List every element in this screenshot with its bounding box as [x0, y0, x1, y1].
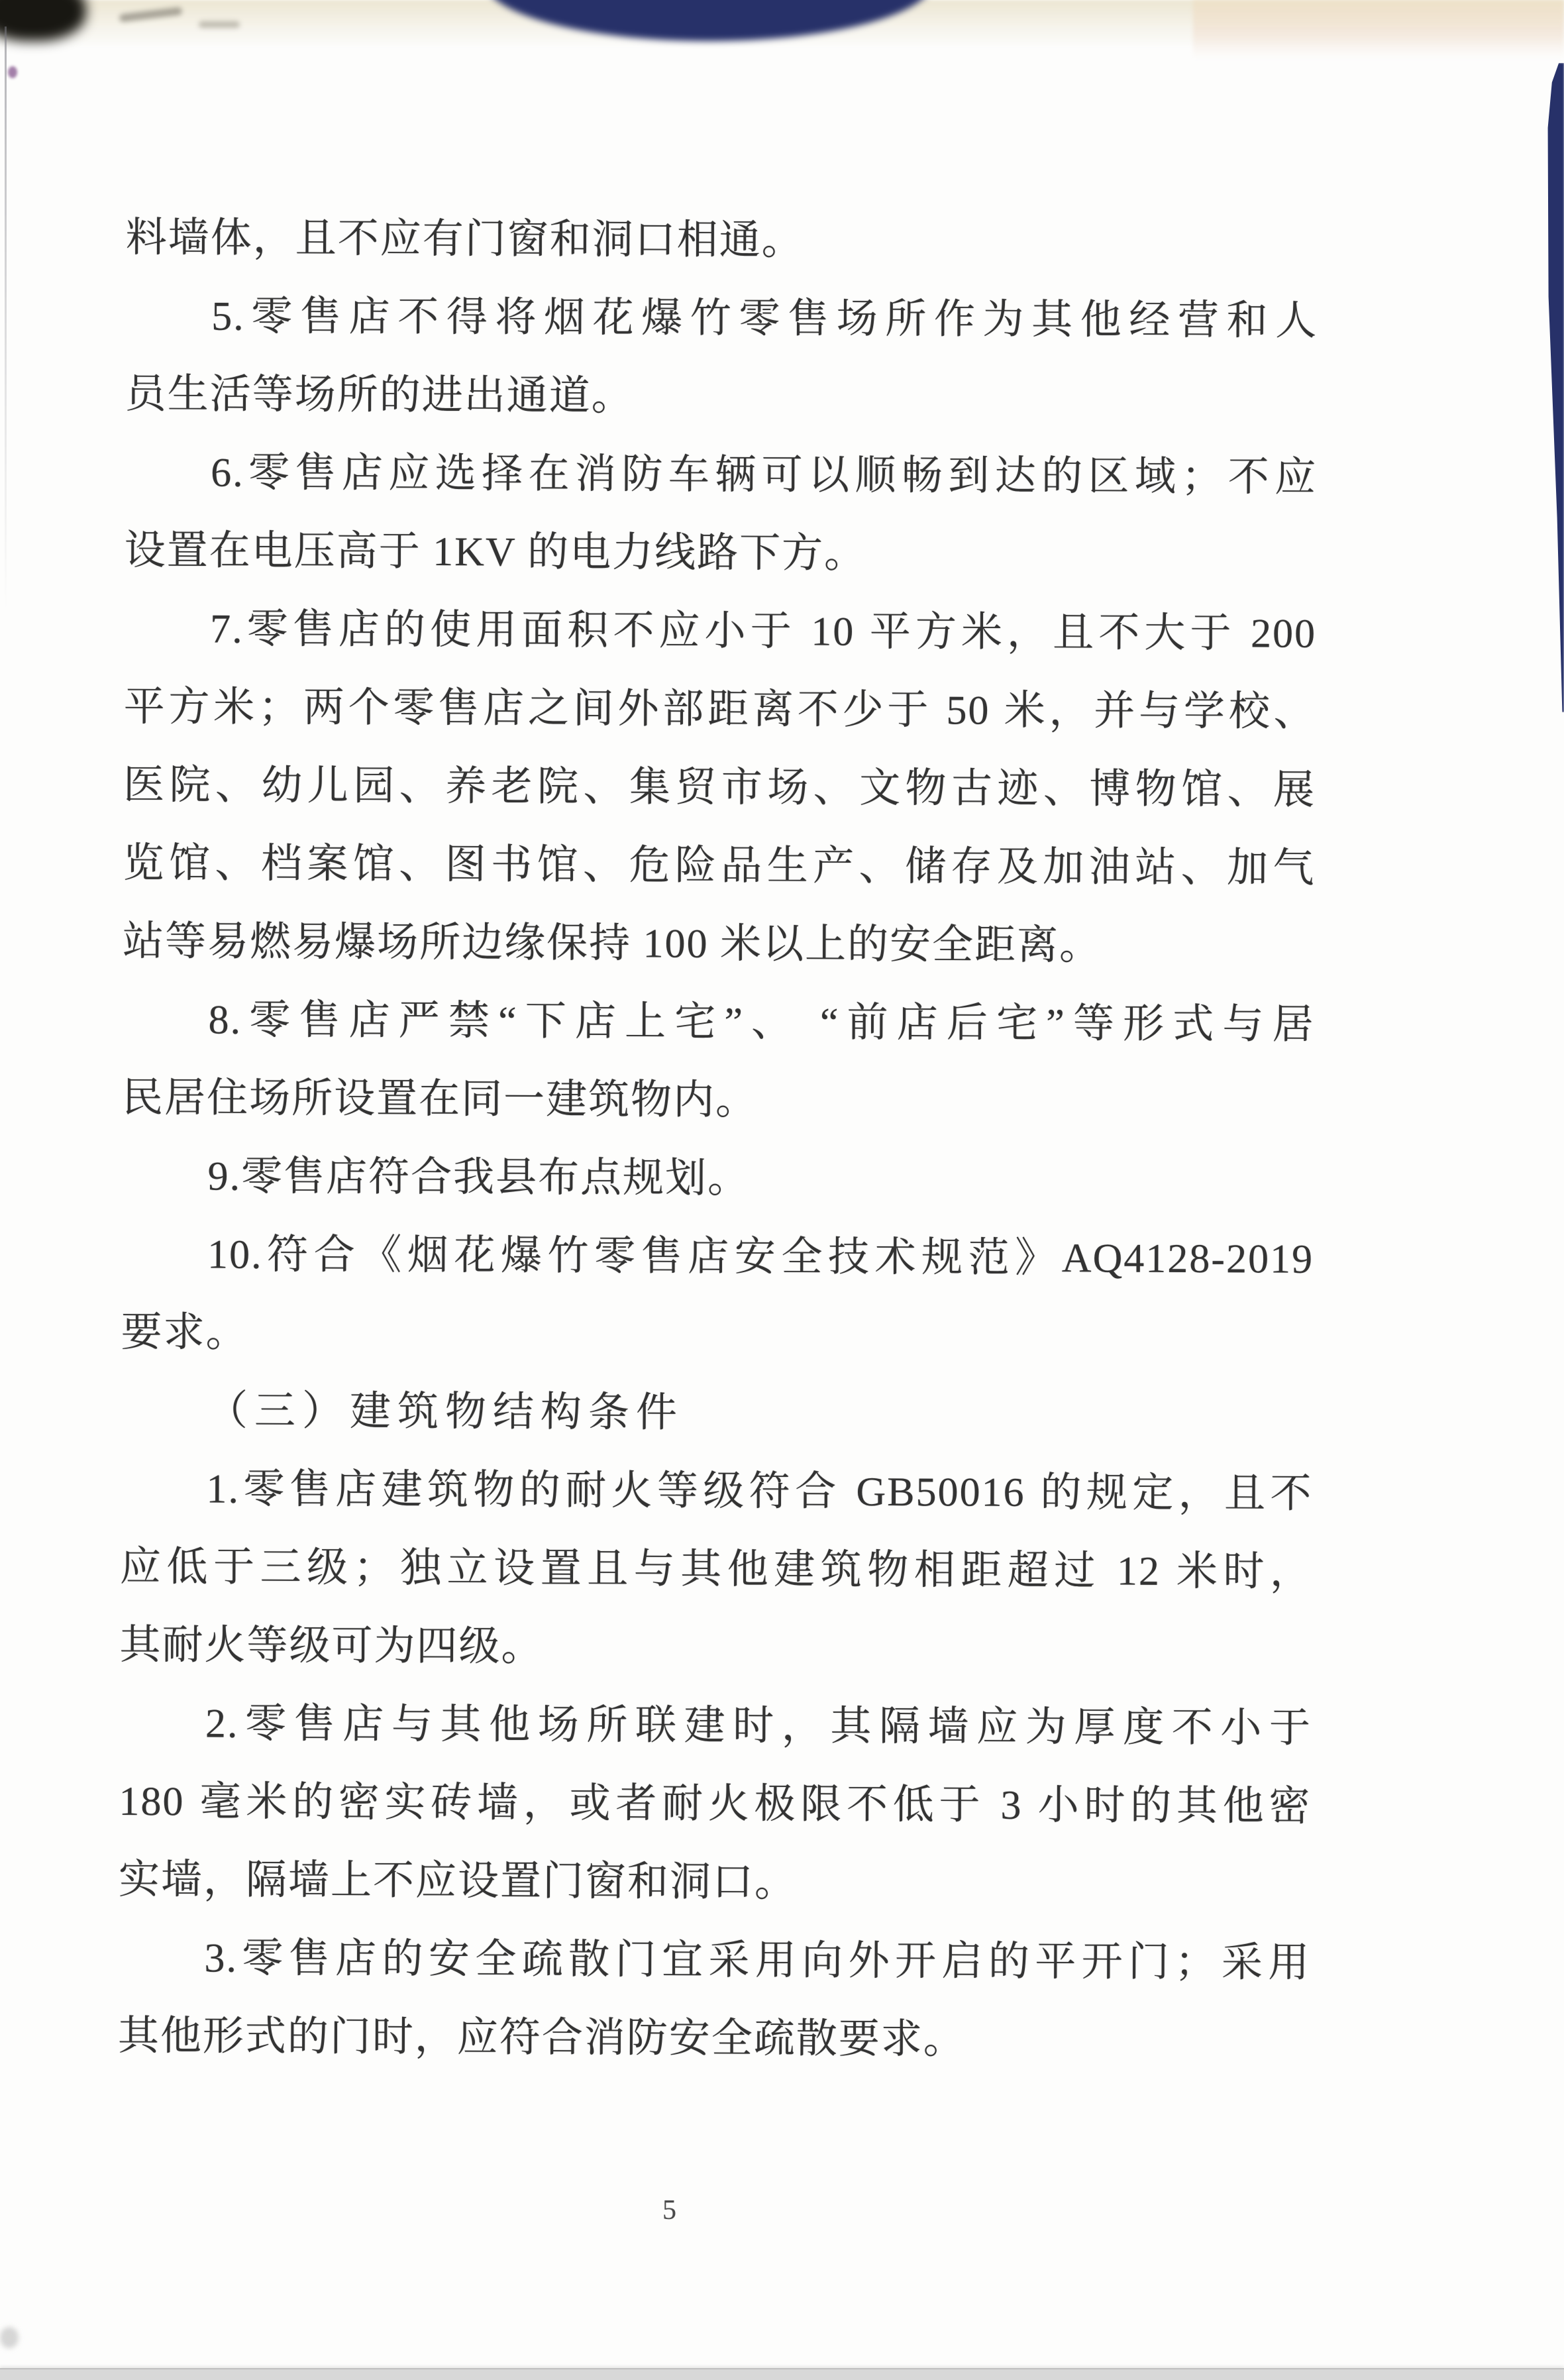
text-line: 料墙体，且不应有门窗和洞口相通。 [125, 199, 1318, 282]
scan-line-left-edge [5, 27, 7, 610]
text-line: 2.零售店与其他场所联建时，其隔墙应为厚度不小于 [119, 1684, 1312, 1768]
text-line: 览馆、档案馆、图书馆、危险品生产、储存及加油站、加气 [123, 824, 1315, 908]
text-line: 其他形式的门时，应符合消防安全疏散要求。 [118, 1997, 1310, 2081]
scan-streak-top-left-2 [199, 21, 240, 28]
scan-smudge-bottom-left [0, 2327, 19, 2348]
scan-stripe-right-edge [1547, 63, 1564, 712]
text-line: 1.零售店建筑物的耐火等级符合 GB50016 的规定，且不 [120, 1450, 1312, 1533]
section-heading: （三）建筑物结构条件 [121, 1372, 1313, 1455]
text-line: 6.零售店应选择在消防车辆可以顺畅到达的区域；不应 [125, 433, 1317, 517]
text-line: 7.零售店的使用面积不应小于 10 平方米，且不大于 200 [124, 590, 1316, 673]
text-line: 8.零售店严禁“下店上宅”、 “前店后宅”等形式与居 [122, 981, 1314, 1064]
text-line: 180 毫米的密实砖墙，或者耐火极限不低于 3 小时的其他密 [119, 1762, 1311, 1846]
text-line: 平方米；两个零售店之间外部距离不少于 50 米，并与学校、 [123, 668, 1316, 751]
text-line: 10.符合《烟花爆竹零售店安全技术规范》AQ4128-2019 [121, 1215, 1314, 1299]
text-line: 3.零售店的安全疏散门宜采用向外开启的平开门；采用 [118, 1919, 1310, 2002]
scan-speck-left-edge [8, 66, 17, 78]
page-number: 5 [662, 2194, 676, 2226]
scan-artifact-top-right-tint [1193, 0, 1564, 58]
text-block: 料墙体，且不应有门窗和洞口相通。5.零售店不得将烟花爆竹零售场所作为其他经营和人… [118, 199, 1318, 2081]
text-line: 应低于三级；独立设置且与其他建筑物相距超过 12 米时， [120, 1528, 1312, 1611]
scanner-bar-bottom [0, 2368, 1564, 2380]
text-line: 其耐火等级可为四级。 [119, 1606, 1312, 1690]
text-line: 5.零售店不得将烟花爆竹零售场所作为其他经营和人 [125, 277, 1318, 360]
text-line: 要求。 [121, 1293, 1313, 1377]
text-line: 员生活等场所的进出通道。 [125, 355, 1317, 439]
text-line: 实墙，隔墙上不应设置门窗和洞口。 [119, 1841, 1311, 1924]
text-line: 医院、幼儿园、养老院、集贸市场、文物古迹、博物馆、展 [123, 746, 1316, 830]
document-page: 料墙体，且不应有门窗和洞口相通。5.零售店不得将烟花爆竹零售场所作为其他经营和人… [0, 0, 1564, 2380]
text-line: 民居住场所设置在同一建筑物内。 [122, 1059, 1314, 1142]
text-line: 9.零售店符合我县布点规划。 [121, 1137, 1314, 1220]
text-line: 站等易燃易爆场所边缘保持 100 米以上的安全距离。 [123, 902, 1315, 986]
text-line: 设置在电压高于 1KV 的电力线路下方。 [124, 512, 1316, 595]
